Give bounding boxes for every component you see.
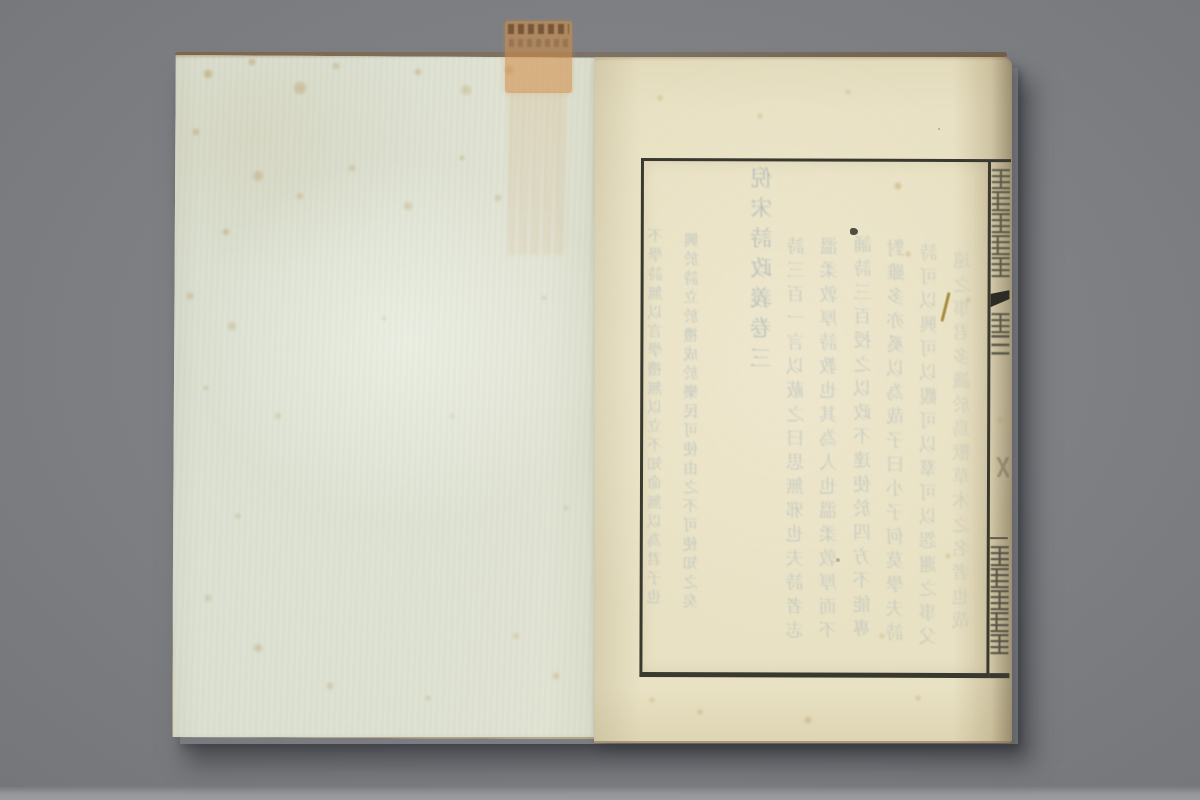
bleedthrough-column: 溫柔敦厚詩教也其為人也溫柔敦厚而不: [819, 237, 838, 645]
label-stamp-row: [508, 24, 569, 34]
foxing-spot: [945, 553, 951, 559]
spine-title-group: [991, 167, 1010, 279]
bleedthrough-column: 倪宋詩政義卷三: [751, 166, 774, 376]
spine-glyph: [991, 568, 1010, 588]
foxing-spot: [222, 228, 230, 236]
spine-glyph: [992, 169, 1010, 189]
foxing-spot: [552, 672, 560, 680]
printed-block: 不學詩無以言學禮無以立不知命無以為君子也興於詩立於禮成於樂民可使由之不可使知之矣…: [0, 0, 1200, 800]
foxing-spot: [293, 81, 307, 95]
foxing-spot: [253, 643, 263, 653]
bleedthrough-column: 不學詩無以言學禮無以立不知命無以為君子也: [649, 228, 665, 608]
foxing-spot: [845, 89, 851, 95]
spine-glyph: [992, 235, 1010, 255]
foxing-spot: [512, 632, 520, 640]
bleedthrough-column: 對雖多亦奚以為哉子曰小子何莫學夫詩: [886, 239, 905, 647]
foxing-spot: [879, 633, 885, 639]
foxing-spot: [203, 69, 213, 79]
spine-divider-rule: [990, 537, 1008, 539]
label-ink-soak: [508, 93, 566, 255]
foxing-spot: [204, 594, 212, 602]
foxing-spot: [296, 192, 304, 200]
foxing-spot: [274, 412, 282, 420]
foxing-spot: [326, 682, 334, 690]
spine-glyph: [991, 457, 1010, 477]
foxing-spot: [381, 315, 387, 321]
bleedthrough-column: 詩可以興可以觀可以羣可以怨邇之事父: [919, 243, 938, 651]
spine-glyph: [992, 213, 1010, 233]
spine-glyph: [992, 191, 1010, 211]
foxing-spot: [459, 155, 465, 161]
foxing-spot: [905, 251, 911, 257]
foxing-spot: [227, 321, 237, 331]
spine-volume-group: [990, 311, 1009, 357]
foxing-spot: [192, 128, 200, 136]
foxing-spot: [348, 164, 356, 172]
spine-glyph: [991, 313, 1010, 333]
foxing-spot: [997, 417, 1003, 423]
foxing-spot: [657, 95, 663, 101]
spine-glyph: [992, 257, 1010, 277]
ink-speck: [836, 558, 840, 562]
spine-glyph: [990, 634, 1010, 654]
bleedthrough-column: 詩三百一言以蔽之曰思無邪也夫詩者志: [786, 236, 805, 644]
spine-glyph: [991, 335, 1010, 355]
foxing-spot: [894, 182, 902, 190]
foxing-spot: [563, 505, 569, 511]
foxing-spot: [965, 297, 971, 303]
spine-glyph: [991, 612, 1010, 632]
label-stamp-row-2: [509, 39, 568, 47]
orange-label: [505, 21, 572, 93]
bleedthrough-column: 興於詩立於禮成於樂民可使由之不可使知之矣: [685, 232, 701, 612]
foxing-spot: [403, 201, 413, 211]
foxing-spot: [235, 513, 241, 519]
foxing-spot: [186, 292, 194, 300]
foxing-spot: [252, 170, 264, 182]
foxing-spot: [494, 194, 502, 202]
foxing-spot: [449, 413, 455, 419]
foxing-spot: [757, 113, 763, 119]
foxing-spot: [425, 695, 431, 701]
spine-publisher-group: [989, 544, 1008, 656]
foxing-spot: [915, 695, 921, 701]
foxing-spot: [203, 385, 209, 391]
foxing-spot: [804, 716, 812, 724]
bleedthrough-column: 遠之事君多識於鳥獸草木之名者也哉: [953, 251, 972, 635]
ink-speck: [850, 228, 858, 235]
spine-glyph: [991, 546, 1010, 566]
foxing-spot: [460, 84, 472, 96]
fishtail-mark-icon: [991, 290, 1010, 307]
foxing-spot: [649, 697, 655, 703]
foxing-spot: [332, 62, 340, 70]
foxing-spot: [248, 58, 256, 66]
foxing-spot: [541, 295, 547, 301]
foxing-spot: [414, 68, 422, 76]
spine-glyph: [991, 590, 1010, 610]
bleedthrough-text-area: 不學詩無以言學禮無以立不知命無以為君子也興於詩立於禮成於樂民可使由之不可使知之矣…: [642, 161, 988, 675]
photo-scene: 不學詩無以言學禮無以立不知命無以為君子也興於詩立於禮成於樂民可使由之不可使知之矣…: [0, 0, 1200, 800]
foxing-spot: [697, 709, 703, 715]
bleedthrough-column: 誦詩三百授之以政不達使於四方不能專: [853, 235, 872, 643]
ink-speck: [938, 128, 940, 130]
spine-middle-char-group: [990, 455, 1009, 479]
